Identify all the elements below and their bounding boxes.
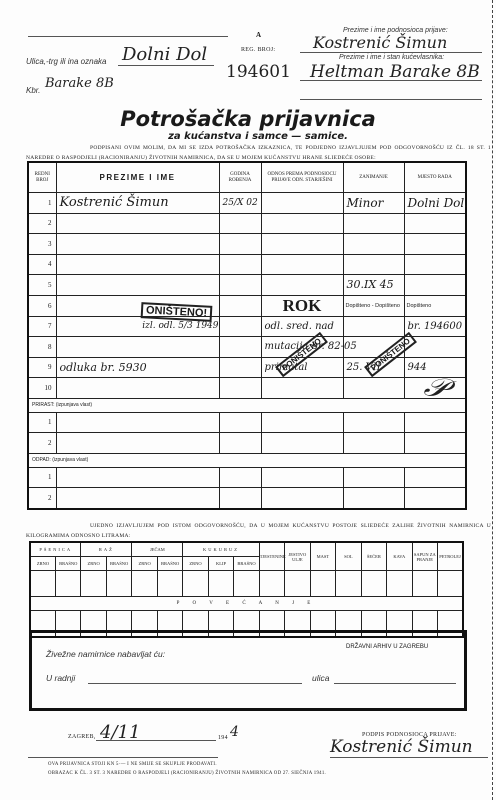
occupation <box>343 378 404 399</box>
col-mast: MAST <box>310 542 335 571</box>
footer-divider <box>28 757 218 758</box>
table-header: REDNI BROJ PREZIME I IME GODINA ROĐENJA … <box>28 162 466 193</box>
table-row: 3 <box>28 234 466 255</box>
person-name <box>56 337 219 358</box>
row-no: 3 <box>28 234 56 255</box>
row-no: 2 <box>28 433 56 454</box>
col-psenica: PŠENICA <box>30 542 81 557</box>
col-jecam: JEČAM <box>132 542 183 557</box>
workplace <box>404 275 466 296</box>
sub-zrno: ZRNO <box>81 557 106 571</box>
col-header-name: PREZIME I IME <box>56 162 219 193</box>
divider <box>28 36 228 37</box>
odpad-label: ODPAD: (izpunjava vlast) <box>28 453 466 467</box>
col-header-occupation: ZANIMANJE <box>343 162 404 193</box>
col-petrolej: PETROLEJ <box>438 542 464 571</box>
occupation <box>343 234 404 255</box>
col-header-born: GODINA ROĐENJA <box>219 162 261 193</box>
relation <box>261 254 343 275</box>
stock-header-row: PŠENICA RAŽ JEČAM KUKURUZ TJESTENINE JES… <box>30 542 463 557</box>
col-header-workplace: MJESTO RADA <box>404 162 466 193</box>
relation <box>261 234 343 255</box>
workplace <box>404 234 466 255</box>
year-value: 4 <box>230 724 239 740</box>
stock-data-row <box>30 571 463 597</box>
occupation <box>343 254 404 275</box>
workplace: br. 194600 <box>404 316 466 337</box>
rok-stamp: ROK <box>261 295 343 316</box>
relation <box>261 275 343 296</box>
person-name: Kostrenić Šimun <box>56 193 219 214</box>
supply-box: Živežne namirnice nabavljat ću: DRŽAVNI … <box>29 630 467 711</box>
persons-table: REDNI BROJ PREZIME I IME GODINA ROĐENJA … <box>27 161 467 510</box>
workplace <box>404 213 466 234</box>
person-name <box>56 213 219 234</box>
person-name <box>56 234 219 255</box>
person-name <box>56 378 219 399</box>
row-no: 5 <box>28 275 56 296</box>
row-no: 2 <box>28 488 56 509</box>
birth-year <box>219 275 261 296</box>
street-value: Dolni Dol <box>122 44 207 65</box>
date-underline <box>96 740 216 741</box>
table-row: 10 <box>28 378 466 399</box>
person-name <box>56 275 219 296</box>
row-no: 10 <box>28 378 56 399</box>
intro-text: PODPISANI OVIM MOLIM, DA MI SE IZDA POTR… <box>26 143 491 163</box>
householder-value: Heltman Barake 8B <box>310 62 480 82</box>
dopisteno-stamp: Dopišteno - Dopišteno <box>343 295 404 316</box>
row-no: 8 <box>28 337 56 358</box>
sub-zrno: ZRNO <box>132 557 157 571</box>
col-secer: ŠEĆER <box>361 542 386 571</box>
birth-year <box>219 254 261 275</box>
archive-stamp: DRŽAVNI ARHIV U ZAGREBU <box>346 644 428 650</box>
table-row: 4 <box>28 254 466 275</box>
householder-label: Prezime i ime i stan kućevlasnika: <box>339 54 444 61</box>
street-field-label: ulica <box>312 673 329 683</box>
occupation <box>343 213 404 234</box>
birth-year: 25/X 02 <box>219 193 261 214</box>
place-label: ZAGREB, <box>68 734 96 740</box>
odpad-section: ODPAD: (izpunjava vlast) <box>28 453 466 467</box>
birth-year <box>219 213 261 234</box>
street-field[interactable] <box>334 683 456 684</box>
workplace <box>404 254 466 275</box>
sub-brasno: BRAŠNO <box>234 557 259 571</box>
workplace: Dolni Dol. <box>404 193 466 214</box>
signature-underline <box>330 757 488 758</box>
table-row: 1Kostrenić Šimun25/X 02MinorDolni Dol. <box>28 193 466 214</box>
house-no-label: Kbr. <box>26 86 40 95</box>
reg-no-value: 194601 <box>226 62 291 82</box>
birth-year <box>219 295 261 316</box>
form-letter: A <box>256 31 261 39</box>
applicant-value: Kostrenić Šimun <box>313 33 447 52</box>
row-no: 9 <box>28 357 56 378</box>
table-row: 9odluka br. 5930primatal25. VII944 <box>28 357 466 378</box>
col-header-no: REDNI BROJ <box>28 162 56 193</box>
table-row: 530.IX 45 <box>28 275 466 296</box>
person-name <box>56 254 219 275</box>
shop-label: U radnji <box>46 673 75 683</box>
row-no: 4 <box>28 254 56 275</box>
table-row: 1 <box>28 467 466 488</box>
form-subtitle: za kućanstva i samce — samice. <box>0 131 496 142</box>
relation: odl. sred. nad <box>261 316 343 337</box>
birth-year <box>219 357 261 378</box>
table-row: 1 <box>28 412 466 433</box>
relation <box>261 213 343 234</box>
extra-underline <box>300 99 482 100</box>
col-kava: KAVA <box>387 542 412 571</box>
shop-field[interactable] <box>88 683 302 684</box>
col-tjestenine: TJESTENINE <box>259 542 284 571</box>
col-kukuruz: KUKURUZ <box>183 542 259 557</box>
row-no: 6 <box>28 295 56 316</box>
col-header-relation: ODNOS PREMA PODNOSIOCU PRIJAVE ODN. STAR… <box>261 162 343 193</box>
row-no: 7 <box>28 316 56 337</box>
col-sapun: SAPUN ZA PRANJE <box>412 542 437 571</box>
occupation <box>343 316 404 337</box>
reg-no-label: REG. BROJ: <box>241 47 275 53</box>
col-raz: RAŽ <box>81 542 132 557</box>
increase-row: P O V E Ć A N J E <box>30 597 463 611</box>
stock-table: PŠENICA RAŽ JEČAM KUKURUZ TJESTENINE JES… <box>29 541 464 638</box>
person-name: odluka br. 5930 <box>56 357 219 378</box>
table-row: 6ROKDopišteno - DopištenoDopišteno <box>28 295 466 316</box>
relation <box>261 193 343 214</box>
signature-value: Kostrenić Šimun <box>330 737 473 757</box>
row-no: 2 <box>28 213 56 234</box>
occupation: 30.IX 45 <box>343 275 404 296</box>
sub-zrno: ZRNO <box>183 557 208 571</box>
supply-title: Živežne namirnice nabavljat ću: <box>46 649 165 659</box>
stock-intro: UJEDNO IZJAVLJUJEM POD ISTOM ODGOVORNOŠĆ… <box>26 521 491 541</box>
house-no-value: Barake 8B <box>45 76 114 91</box>
row-no: 1 <box>28 412 56 433</box>
householder-underline <box>300 80 482 81</box>
table-row: 2 <box>28 213 466 234</box>
birth-year <box>219 234 261 255</box>
sub-brasno: BRAŠNO <box>55 557 80 571</box>
sub-zrno: ZRNO <box>30 557 55 571</box>
sub-brasno: BRAŠNO <box>157 557 182 571</box>
col-sol: SOL <box>336 542 361 571</box>
dopisteno-stamp: Dopišteno <box>404 295 466 316</box>
year-prefix: 194 <box>218 735 228 741</box>
prirast-label: PRIRAST: (izpunjava vlast) <box>28 398 466 412</box>
sub-brasno: BRAŠNO <box>106 557 131 571</box>
sub-klip: KLIP <box>208 557 233 571</box>
relation <box>261 378 343 399</box>
form-title: Potrošačka prijavnica <box>0 107 496 131</box>
birth-year <box>219 378 261 399</box>
row-no: 1 <box>28 467 56 488</box>
street-underline <box>118 65 214 66</box>
prirast-section: PRIRAST: (izpunjava vlast) <box>28 398 466 412</box>
row-no: 1 <box>28 193 56 214</box>
street-label: Ulica,-trg ili ina oznaka <box>26 57 106 66</box>
birth-year <box>219 337 261 358</box>
table-row: 2 <box>28 488 466 509</box>
legal-note: OBRAZAC K ČL. 3 ST. 3 NAREDBE O RASPODJE… <box>48 771 326 776</box>
applicant-underline <box>300 52 482 53</box>
occupation: Minor <box>343 193 404 214</box>
increase-label: P O V E Ć A N J E <box>30 597 463 611</box>
table-row: 7izl. odl. 5/3 1949odl. sred. nadbr. 194… <box>28 316 466 337</box>
birth-year <box>219 316 261 337</box>
price-note: OVA PRIJAVNICA STOJI KN 5·— I NE SMIJE S… <box>48 762 217 767</box>
col-jestivo-ulje: JESTIVO ULJE <box>285 542 310 571</box>
table-row: 2 <box>28 433 466 454</box>
